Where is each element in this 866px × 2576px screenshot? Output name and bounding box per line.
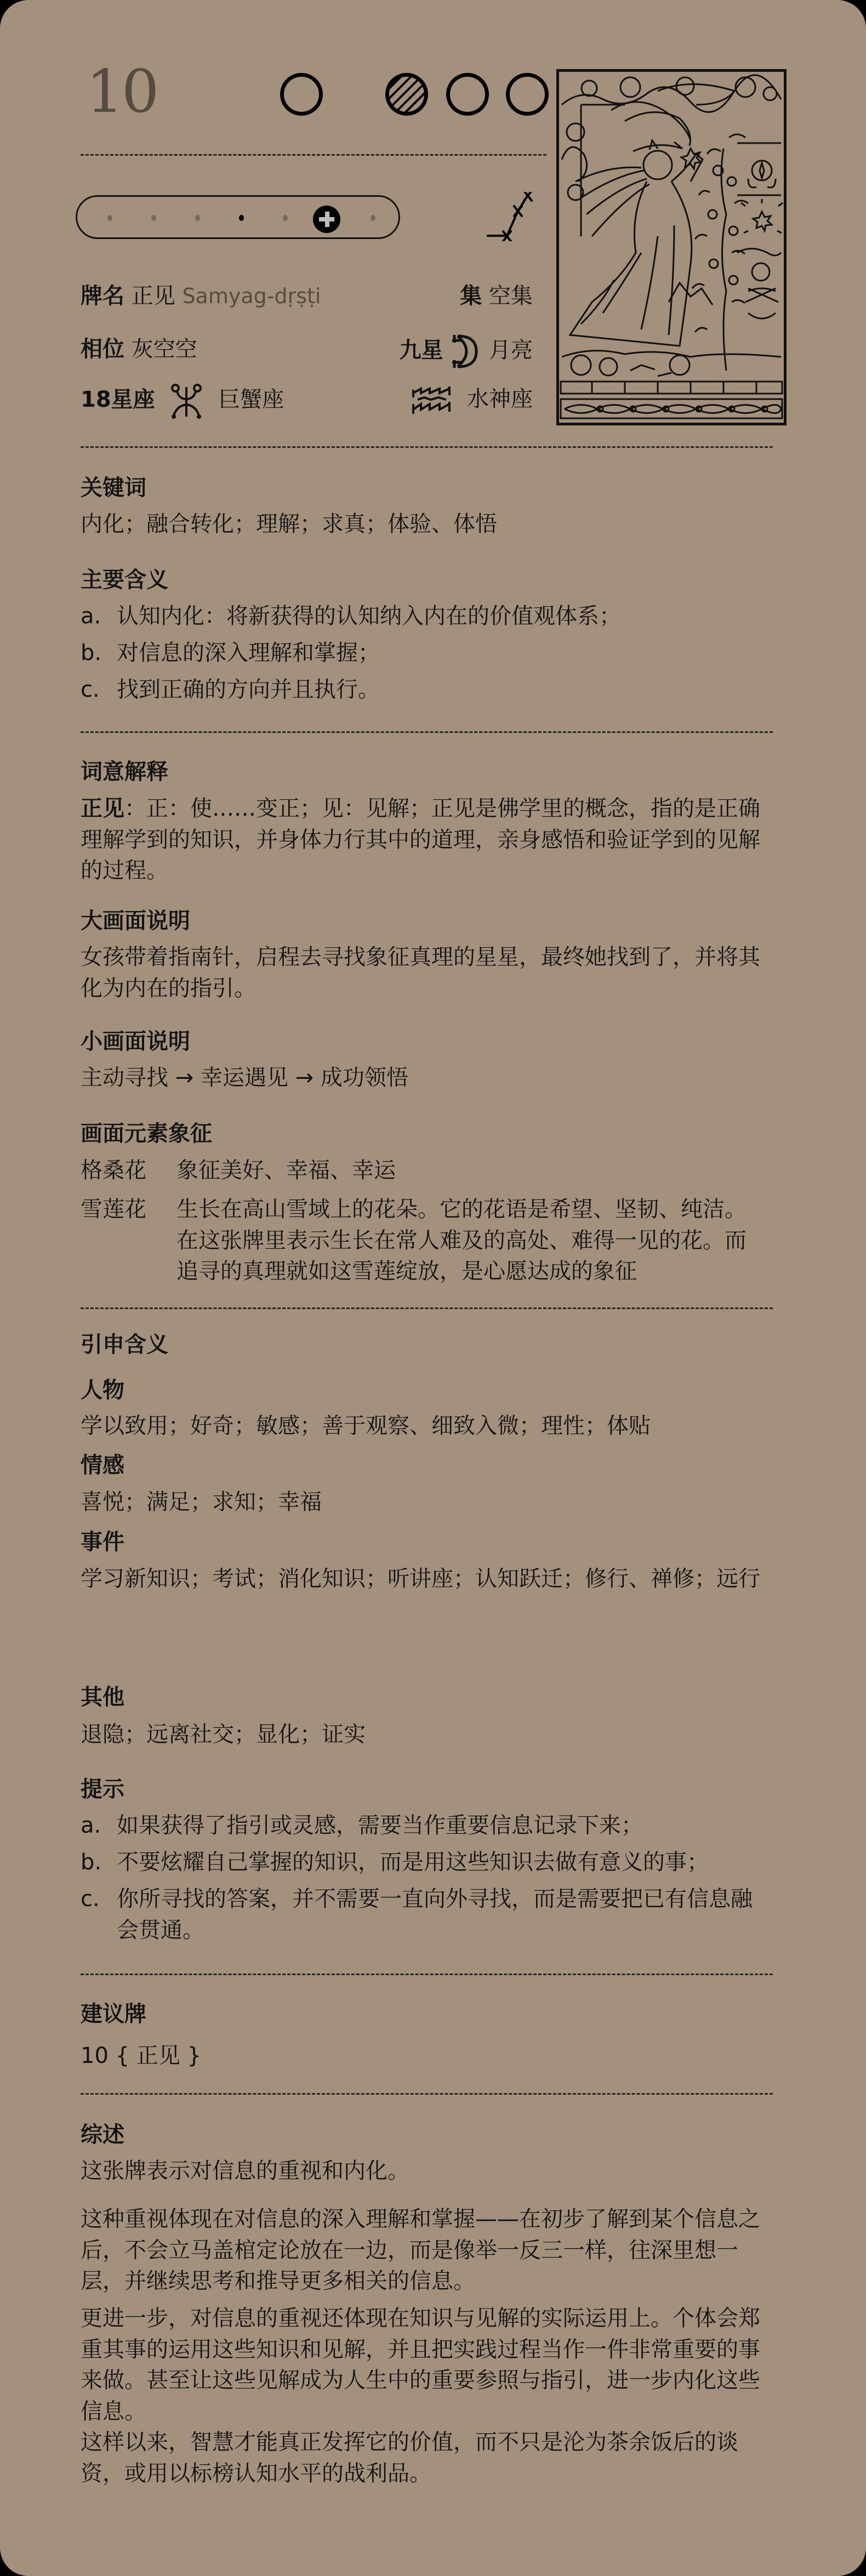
people-text: 学以致用；好奇；敏感；善于观察、细致入微；理性；体贴 <box>81 1411 777 1442</box>
other-title: 其他 <box>81 1682 124 1713</box>
other-text: 退隐；远离社交；显化；证实 <box>81 1719 777 1750</box>
card-illustration-art <box>559 72 784 423</box>
emotion-text: 喜悦；满足；求知；幸福 <box>81 1487 777 1518</box>
aspect-value: 灰空空 <box>132 337 197 362</box>
nine-star-label: 九星 <box>400 338 443 363</box>
symbol-row: 雪莲花 生长在高山雪域上的花朵。它的花语是希望、坚韧、纯洁。在这张牌里表示生长在… <box>81 1194 773 1287</box>
constellation-label: 18星座 <box>81 387 155 412</box>
keywords-text: 内化；融合转化；理解；求真；体验、体悟 <box>81 509 777 540</box>
symbol-row: 格桑花 象征美好、幸福、幸运 <box>81 1155 773 1186</box>
tip-item: b. 不要炫耀自己掌握的知识，而是用这些知识去做有意义的事； <box>81 1847 788 1878</box>
list-marker: b. <box>81 638 101 669</box>
section-divider <box>81 731 773 733</box>
tip-item: a. 如果获得了指引或灵感，需要当作重要信息记录下来； <box>81 1810 788 1841</box>
nine-star-value: 月亮 <box>489 338 533 363</box>
slider-dot[interactable] <box>107 215 112 221</box>
symbol-value: 象征美好、幸福、幸运 <box>176 1155 774 1186</box>
list-text: 如果获得了指引或灵感，需要当作重要信息记录下来； <box>117 1810 788 1841</box>
aquarius-glyph-icon <box>411 385 452 416</box>
symbols-title: 画面元素象征 <box>81 1118 212 1149</box>
list-text: 不要炫耀自己掌握的知识，而是用这些知识去做有意义的事； <box>117 1847 788 1878</box>
symbol-value: 生长在高山雪域上的花朵。它的花语是希望、坚韧、纯洁。在这张牌里表示生长在常人难及… <box>176 1194 757 1287</box>
word-meaning-term: 正见 <box>81 796 124 821</box>
card-header: 10 <box>81 55 546 132</box>
position-slider[interactable] <box>76 195 400 239</box>
main-meaning-item: a. 认知内化：将新获得的认知纳入内在的价值观体系； <box>81 601 788 632</box>
summary-paragraph: 更进一步，对信息的重视还体现在知识与见解的实际运用上。个体会郑重其事的运用这些知… <box>81 2303 774 2427</box>
card-number: 10 <box>86 59 157 125</box>
section-divider <box>81 1307 773 1309</box>
add-button[interactable] <box>313 206 340 233</box>
list-marker: c. <box>81 674 100 706</box>
extended-title: 引申含义 <box>81 1329 168 1360</box>
tips-title: 提示 <box>81 1774 124 1805</box>
cancer-glyph-icon <box>167 383 206 419</box>
constellation-icon <box>482 192 543 241</box>
list-marker: a. <box>81 1810 101 1841</box>
header-divider <box>81 154 546 156</box>
events-title: 事件 <box>81 1527 124 1557</box>
section-divider <box>81 1974 773 1975</box>
symbol-key: 格桑花 <box>81 1155 146 1186</box>
list-marker: c. <box>81 1884 100 1915</box>
info-row-constellation: 18星座 巨蟹座 水神座 <box>81 383 533 416</box>
emotion-title: 情感 <box>81 1450 124 1481</box>
phase-circle-empty-icon <box>446 73 489 116</box>
people-title: 人物 <box>81 1375 124 1406</box>
main-meaning-title: 主要含义 <box>81 565 168 595</box>
phase-circle-empty-icon <box>506 73 549 116</box>
small-picture-text: 主动寻找 → 幸运遇见 → 成功领悟 <box>81 1062 777 1094</box>
water-value: 水神座 <box>467 386 533 412</box>
card-name-value: 正见 <box>132 283 175 309</box>
advice-card-title: 建议牌 <box>81 1999 146 2029</box>
slider-dot[interactable] <box>151 215 156 221</box>
keywords-title: 关键词 <box>81 473 146 503</box>
slider-dot[interactable] <box>283 215 288 221</box>
advice-card-link[interactable]: 10 { 正见 } <box>81 2040 777 2072</box>
slider-dot[interactable] <box>371 215 375 221</box>
list-marker: b. <box>81 1847 101 1878</box>
slider-dot[interactable] <box>195 215 200 221</box>
summary-paragraph: 这种重视体现在对信息的深入理解和掌握——在初步了解到某个信息之后，不会立马盖棺定… <box>81 2204 774 2297</box>
set-value: 空集 <box>489 283 533 309</box>
list-text: 你所寻找的答案，并不需要一直向外寻找，而是需要把已有信息融会贯通。 <box>117 1884 766 1946</box>
slider-dot-active[interactable] <box>239 215 244 221</box>
summary-paragraph: 这样以来，智慧才能真正发挥它的价值，而不只是沦为茶余饭后的谈资，或用以标榜认知水… <box>81 2427 774 2489</box>
set-label: 集 <box>460 283 482 309</box>
main-meaning-item: c. 找到正确的方向并且执行。 <box>81 674 788 706</box>
list-text: 找到正确的方向并且执行。 <box>117 674 788 706</box>
summary-paragraph: 这张牌表示对信息的重视和内化。 <box>81 2156 777 2187</box>
symbol-key: 雪莲花 <box>81 1194 146 1225</box>
phase-circle-empty-icon <box>280 73 323 116</box>
moon-icon <box>450 333 482 370</box>
aspect-label: 相位 <box>81 337 124 362</box>
word-meaning-title: 词意解释 <box>81 757 168 787</box>
card-illustration <box>556 69 787 425</box>
card-detail-page: 10 <box>0 0 866 2576</box>
small-picture-title: 小画面说明 <box>81 1026 190 1057</box>
card-name-label: 牌名 <box>81 283 124 309</box>
main-meaning-item: b. 对信息的深入理解和掌握； <box>81 638 788 669</box>
tip-item: c. 你所寻找的答案，并不需要一直向外寻找，而是需要把已有信息融会贯通。 <box>81 1884 766 1946</box>
word-meaning-text: 正见：正：使……变正；见：见解；正见是佛学里的概念，指的是正确理解学到的知识，并… <box>81 793 774 886</box>
big-picture-text: 女孩带着指南针，启程去寻找象征真理的星星，最终她找到了，并将其化为内在的指引。 <box>81 942 774 1004</box>
phase-circle-hatched-icon <box>385 73 428 116</box>
word-meaning-body: ：正：使……变正；见：见解；正见是佛学里的概念，指的是正确理解学到的知识，并身体… <box>81 796 760 883</box>
constellation-value: 巨蟹座 <box>218 387 284 412</box>
big-picture-title: 大画面说明 <box>81 906 190 936</box>
summary-title: 综述 <box>81 2119 124 2150</box>
info-row-name: 牌名 正见 Samyag-dṛṣṭi 集 空集 <box>81 280 533 312</box>
list-text: 认知内化：将新获得的认知纳入内在的价值观体系； <box>117 601 788 632</box>
events-text: 学习新知识；考试；消化知识；听讲座；认知跃迁；修行、禅修；远行 <box>81 1563 760 1595</box>
list-text: 对信息的深入理解和掌握； <box>117 638 788 669</box>
section-divider <box>81 2093 773 2095</box>
section-divider <box>81 446 773 448</box>
list-marker: a. <box>81 601 101 632</box>
info-row-aspect: 相位 灰空空 九星 月亮 <box>81 333 533 366</box>
card-name-latin: Samyag-dṛṣṭi <box>182 284 321 308</box>
